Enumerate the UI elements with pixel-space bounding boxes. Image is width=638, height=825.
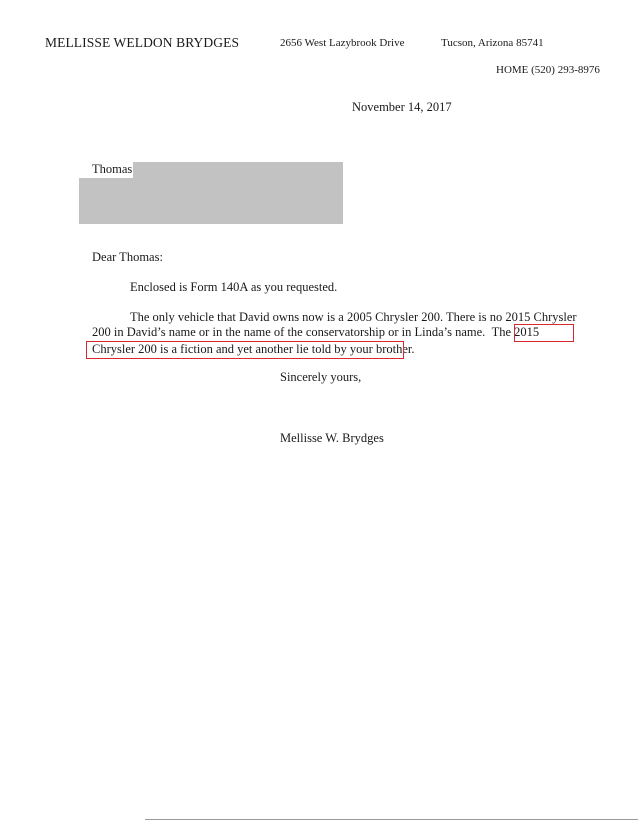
body-paragraph-1: Enclosed is Form 140A as you requested. — [130, 280, 337, 295]
recipient-name-block: Thomas — [79, 162, 133, 178]
recipient-name: Thomas — [92, 162, 132, 177]
highlight-box-annotation — [514, 324, 574, 342]
letterhead-street: 2656 West Lazybrook Drive — [280, 37, 404, 49]
signature: Mellisse W. Brydges — [280, 431, 384, 446]
body-paragraph-2-line-2: 200 in David’s name or in the name of th… — [92, 325, 539, 340]
scan-edge-line — [145, 819, 638, 820]
letterhead-city: Tucson, Arizona 85741 — [441, 37, 544, 49]
paragraph-2-plain-text: 200 in David’s name or in the name of th… — [92, 325, 485, 339]
body-paragraph-2-line-1: The only vehicle that David owns now is … — [130, 310, 577, 325]
letter-date: November 14, 2017 — [352, 100, 452, 115]
letterhead-name: MELLISSE WELDON BRYDGES — [45, 35, 239, 51]
letterhead-phone: HOME (520) 293-8976 — [496, 64, 600, 76]
salutation: Dear Thomas: — [92, 250, 163, 265]
highlight-box-annotation — [86, 341, 404, 359]
closing: Sincerely yours, — [280, 370, 361, 385]
